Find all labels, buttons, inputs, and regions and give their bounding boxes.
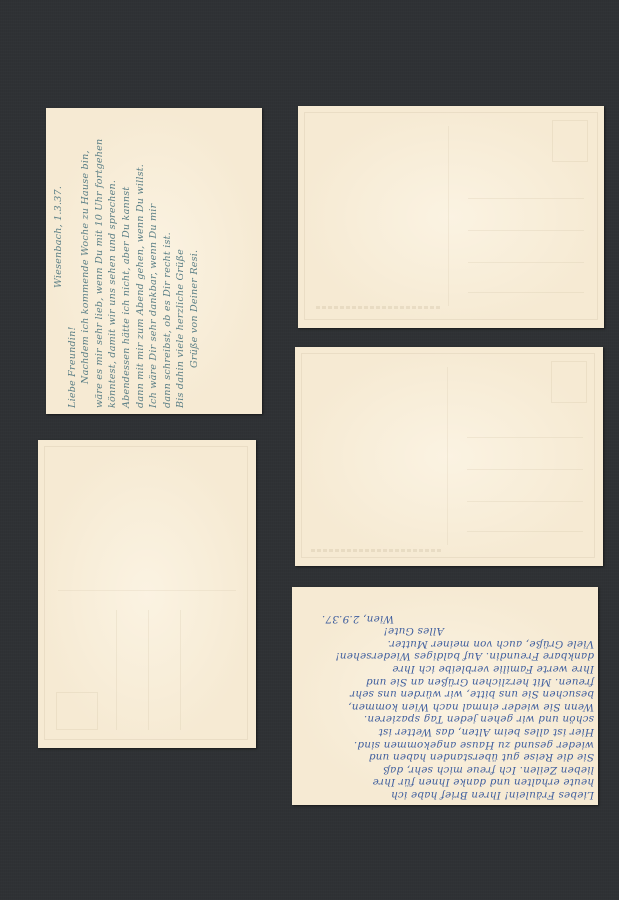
handwriting-line: besuchen Sie uns bitte, wir würden uns s… [296,688,594,701]
address-line [467,531,583,532]
handwriting-line: dankbare Freundin. Auf baldiges Wiederse… [296,650,594,663]
handwriting-line: lieben Zeilen. Ich freue mich sehr, daß [296,763,594,776]
handwritten-message: Wiesenbach, 1.3.37. Liebe Freundin! Nach… [52,114,202,408]
handwriting-line: schön und wir gehen jeden Tag spazieren. [296,713,594,726]
handwriting-line: heute erhalten und danke Ihnen für Ihre [296,776,594,789]
card-center-divider [448,126,449,306]
handwriting-line: Wenn Sie wieder einmal nach Wien kommen, [296,700,594,713]
handwriting-line: Grüße von Deiner Resi. [188,114,202,408]
postcard-handwritten-portrait: Wiesenbach, 1.3.37. Liebe Freundin! Nach… [46,108,262,414]
handwriting-line: Ihre werte Familie verbleibe ich Ihre [296,662,594,675]
handwriting-line: Viele Grüße, auch von meiner Mutter. [296,637,594,650]
handwriting-line: dann mit mir zum Abend gehen, wenn Du wi… [134,114,148,408]
postcard-blank-landscape [295,347,603,566]
address-line [468,292,584,293]
address-line [180,610,181,730]
address-line [467,501,583,502]
stamp-box [56,692,98,730]
address-line [148,610,149,730]
handwriting-line: wäre es mir sehr lieb, wenn Du mit 10 Uh… [93,114,107,408]
address-line [116,610,117,730]
handwritten-message: Liebes Fräulein! Ihren Brief habe ich he… [296,591,594,801]
handwriting-line: Liebes Fräulein! Ihren Brief habe ich [296,788,594,801]
album-page: Wiesenbach, 1.3.37. Liebe Freundin! Nach… [0,0,619,900]
printed-imprint [316,306,441,309]
printed-imprint [311,549,441,552]
postcard-blank-portrait [38,440,256,748]
handwriting-line: wieder gesund zu Hause angekommen sind. [296,738,594,751]
handwriting-line: Abendessen hätte ich nicht, aber Du kann… [120,114,134,408]
handwriting-line: dann schreibst, ob es Dir recht ist. [161,114,175,408]
handwriting-dateline: Wien, 2.9.37. [296,612,594,625]
handwriting-line: Alles Gute! [296,625,594,638]
handwriting-line: Nachdem ich kommende Woche zu Hause bin, [79,114,93,408]
handwriting-line: Bis dahin viele herzliche Grüße [174,114,188,408]
address-line [467,437,583,438]
address-line [467,469,583,470]
handwriting-line: könntest, damit wir uns sehen und sprech… [106,114,120,408]
card-center-divider [58,590,236,591]
address-line [468,198,584,199]
address-line [468,262,584,263]
handwriting-dateline: Wiesenbach, 1.3.37. [52,114,66,408]
card-center-divider [447,367,448,545]
postcard-handwritten-landscape: Liebes Fräulein! Ihren Brief habe ich he… [292,587,598,805]
handwriting-line: Hier ist alles beim Alten, das Wetter is… [296,725,594,738]
handwriting-line: Liebe Freundin! [66,114,80,408]
handwriting-line: Ich wäre Dir sehr dankbar, wenn Du mir [147,114,161,408]
address-line [468,230,584,231]
stamp-box [552,120,588,162]
postcard-blank-landscape [298,106,604,328]
stamp-box [551,361,587,403]
handwriting-line: Sie die Reise gut überstanden haben und [296,751,594,764]
handwriting-line: freuen. Mit herzlichen Grüßen an Sie und [296,675,594,688]
